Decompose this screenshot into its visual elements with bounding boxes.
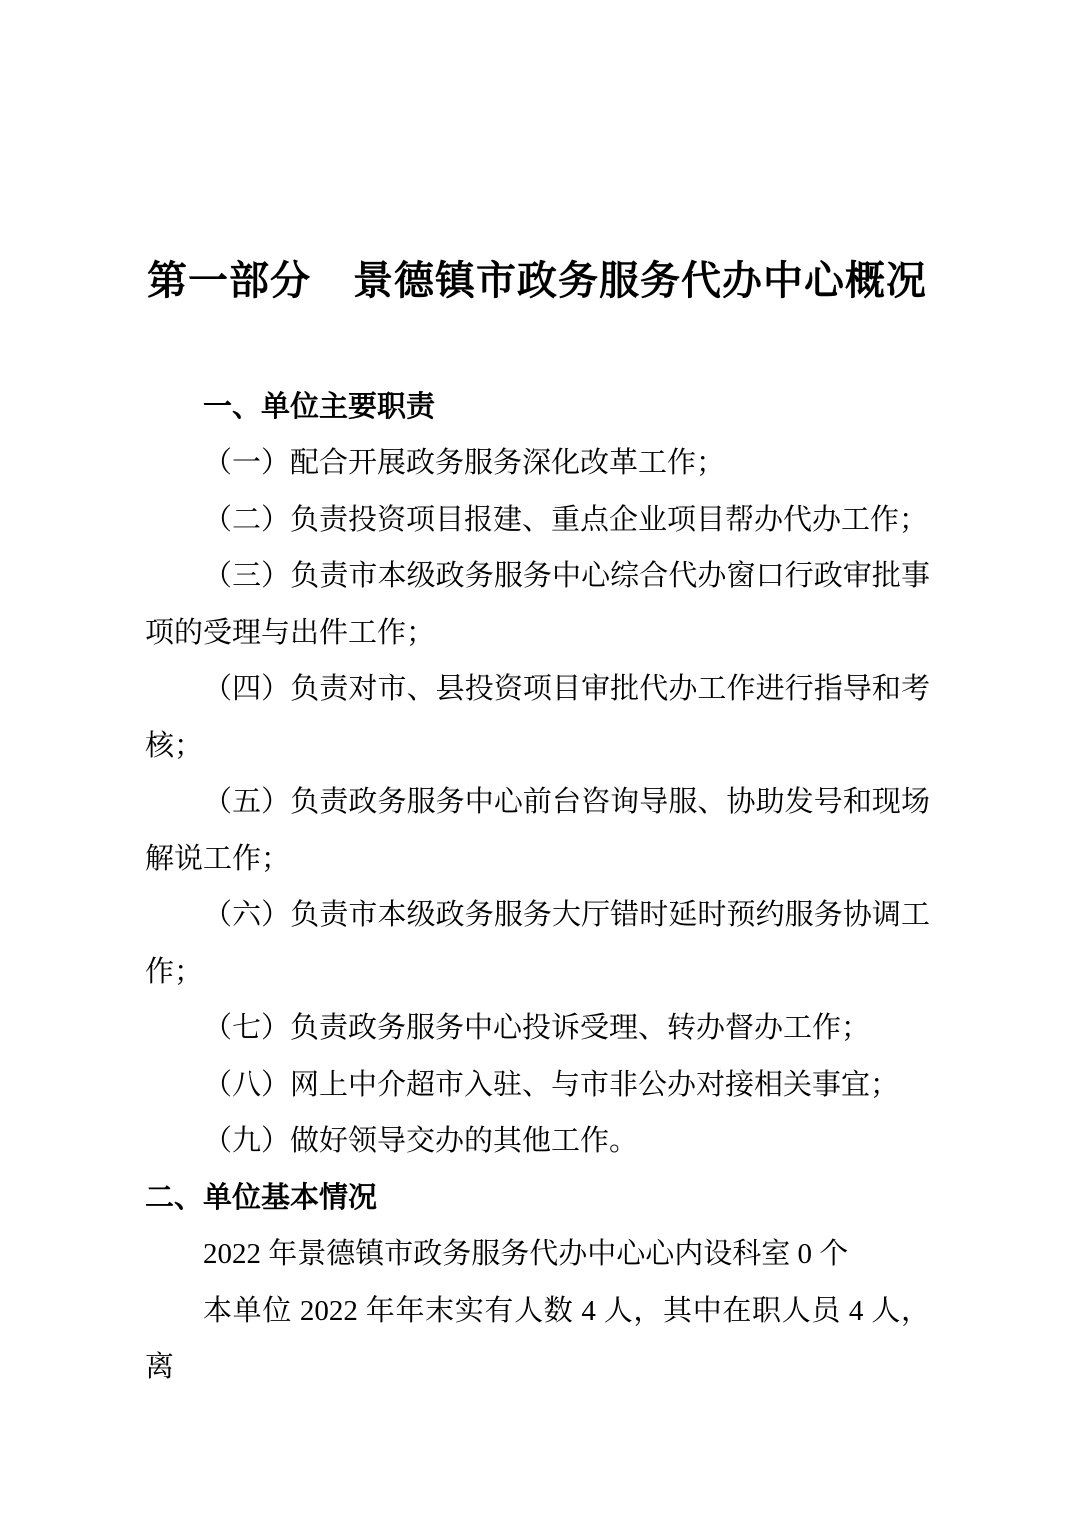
paragraph-basic-info-1: 2022 年景德镇市政务服务代办中心心内设科室 0 个 <box>145 1226 930 1283</box>
paragraph-basic-info-2: 本单位 2022 年年末实有人数 4 人，其中在职人员 4 人，离 <box>145 1283 930 1396</box>
section-heading-duties: 一、单位主要职责 <box>145 379 930 436</box>
document-page: 第一部分景德镇市政务服务代办中心概况 一、单位主要职责 （一）配合开展政务服务深… <box>0 0 1074 1520</box>
document-body: 一、单位主要职责 （一）配合开展政务服务深化改革工作； （二）负责投资项目报建、… <box>145 379 930 1396</box>
page-title: 第一部分景德镇市政务服务代办中心概况 <box>0 255 1074 307</box>
page-title-part-name: 景德镇市政务服务代办中心概况 <box>353 259 927 303</box>
paragraph-duty-5: （五）负责政务服务中心前台咨询导服、协助发号和现场解说工作； <box>145 774 930 887</box>
paragraph-duty-3: （三）负责市本级政务服务中心综合代办窗口行政审批事项的受理与出件工作； <box>145 548 930 661</box>
paragraph-duty-6: （六）负责市本级政务服务大厅错时延时预约服务协调工作； <box>145 887 930 1000</box>
paragraph-duty-4: （四）负责对市、县投资项目审批代办工作进行指导和考核； <box>145 661 930 774</box>
paragraph-duty-2: （二）负责投资项目报建、重点企业项目帮办代办工作； <box>145 492 930 549</box>
paragraph-duty-9: （九）做好领导交办的其他工作。 <box>145 1113 930 1170</box>
paragraph-duty-1: （一）配合开展政务服务深化改革工作； <box>145 435 930 492</box>
paragraph-duty-7: （七）负责政务服务中心投诉受理、转办督办工作； <box>145 1000 930 1057</box>
section-heading-basic-info: 二、单位基本情况 <box>145 1170 930 1227</box>
paragraph-duty-8: （八）网上中介超市入驻、与市非公办对接相关事宜； <box>145 1057 930 1114</box>
page-title-part-number: 第一部分 <box>147 259 311 303</box>
